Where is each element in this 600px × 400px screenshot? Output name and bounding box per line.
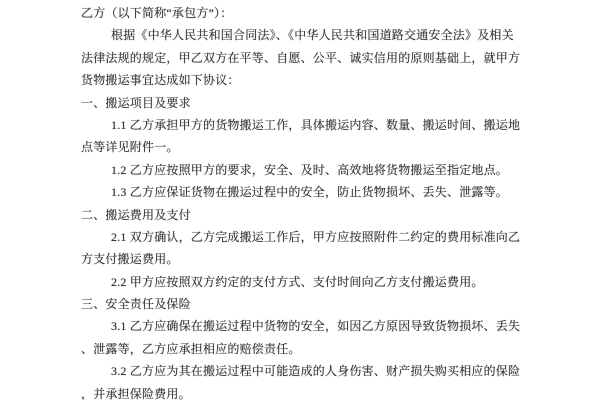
text-line: 方支付搬运费用。	[81, 248, 521, 270]
document-body: 乙方（以下简称“承包方”）：根据《中华人民共和国合同法》、《中华人民共和国道路交…	[81, 2, 521, 400]
text-line: 1.1 乙方承担甲方的货物搬运工作，具体搬运内容、数量、搬运时间、搬运地	[81, 114, 521, 136]
text-line: 1.2 乙方应按照甲方的要求，安全、及时、高效地将货物搬运至指定地点。	[81, 159, 521, 181]
text-line: 1.3 乙方应保证货物在搬运过程中的安全，防止货物损坏、丢失、泄露等。	[81, 181, 521, 203]
text-line: 乙方（以下简称“承包方”）：	[81, 2, 521, 24]
text-line: 2.2 甲方应按照双方约定的支付方式、支付时间向乙方支付搬运费用。	[81, 271, 521, 293]
text-line: 3.1 乙方应确保在搬运过程中货物的安全，如因乙方原因导致货物损坏、丢失	[81, 315, 521, 337]
text-line: 点等详见附件一。	[81, 136, 521, 158]
document-page: 乙方（以下简称“承包方”）：根据《中华人民共和国合同法》、《中华人民共和国道路交…	[0, 0, 600, 400]
text-line: 二、搬运费用及支付	[81, 204, 521, 226]
text-line: 2.1 双方确认，乙方完成搬运工作后，甲方应按照附件二约定的费用标准向乙	[81, 226, 521, 248]
text-line: 3.2 乙方应为其在搬运过程中可能造成的人身伤害、财产损失购买相应的保险	[81, 360, 521, 382]
text-line: 根据《中华人民共和国合同法》、《中华人民共和国道路交通安全法》及相关	[81, 24, 521, 46]
text-line: 一、搬运项目及要求	[81, 92, 521, 114]
text-line: 三、安全责任及保险	[81, 293, 521, 315]
screenshot-viewport: 乙方（以下简称“承包方”）：根据《中华人民共和国合同法》、《中华人民共和国道路交…	[0, 0, 600, 400]
text-line: 货物搬运事宜达成如下协议：	[81, 69, 521, 91]
text-line: 、泄露等，乙方应承担相应的赔偿责任。	[81, 338, 521, 360]
text-line: ，并承担保险费用。	[81, 383, 521, 400]
text-line: 法律法规的规定，甲乙双方在平等、自愿、公平、诚实信用的原则基础上，就甲方	[81, 47, 521, 69]
